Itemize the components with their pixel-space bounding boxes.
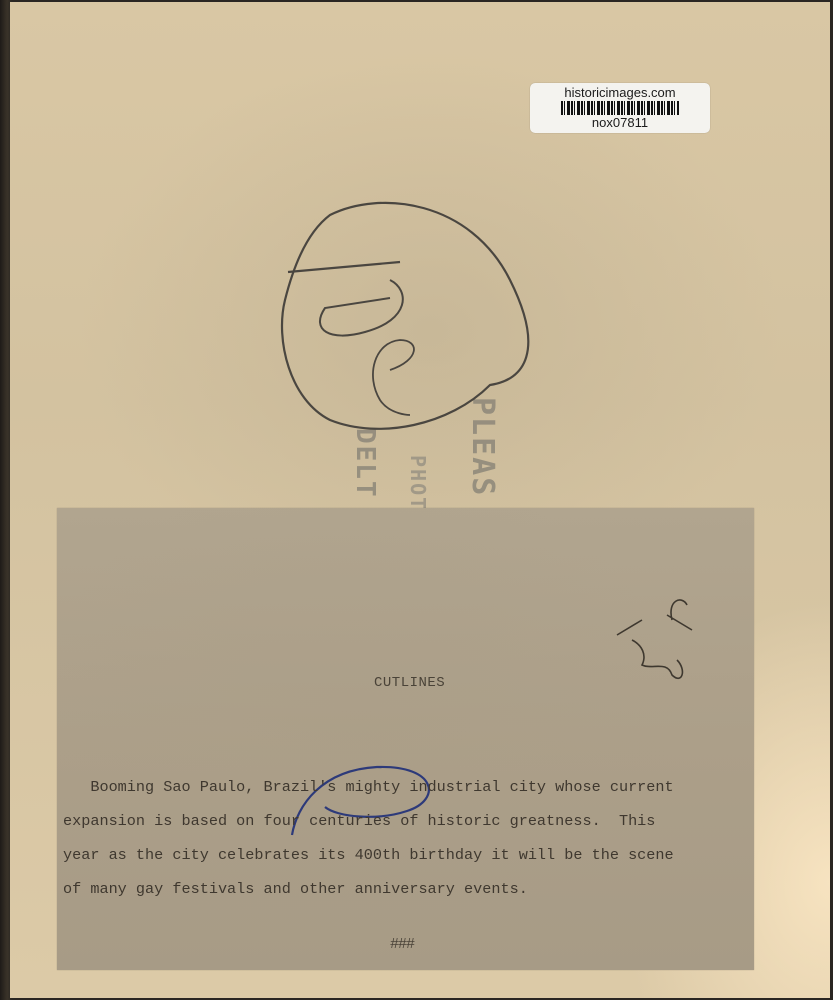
cutline-line: of many gay festivals and other annivers…	[63, 872, 763, 906]
handwritten-credit-note-icon	[572, 560, 712, 700]
cutline-heading: CUTLINES	[374, 675, 445, 691]
cutline-sheet: CUTLINES Booming Sao Paulo, Brazil's mig…	[57, 508, 754, 970]
barcode-icon	[561, 101, 679, 115]
cutline-body: Booming Sao Paulo, Brazil's mighty indus…	[63, 770, 763, 906]
label-site: historicimages.com	[530, 85, 710, 100]
cutline-line: year as the city celebrates its 400th bi…	[63, 838, 763, 872]
end-mark: ###	[390, 936, 414, 953]
archive-label: historicimages.com nox07811	[530, 83, 710, 133]
cutline-line: Booming Sao Paulo, Brazil's mighty indus…	[63, 770, 763, 804]
circled-pencil-mark-icon	[270, 190, 550, 440]
cutline-line: expansion is based on four centuries of …	[63, 804, 763, 838]
label-code: nox07811	[530, 115, 710, 130]
